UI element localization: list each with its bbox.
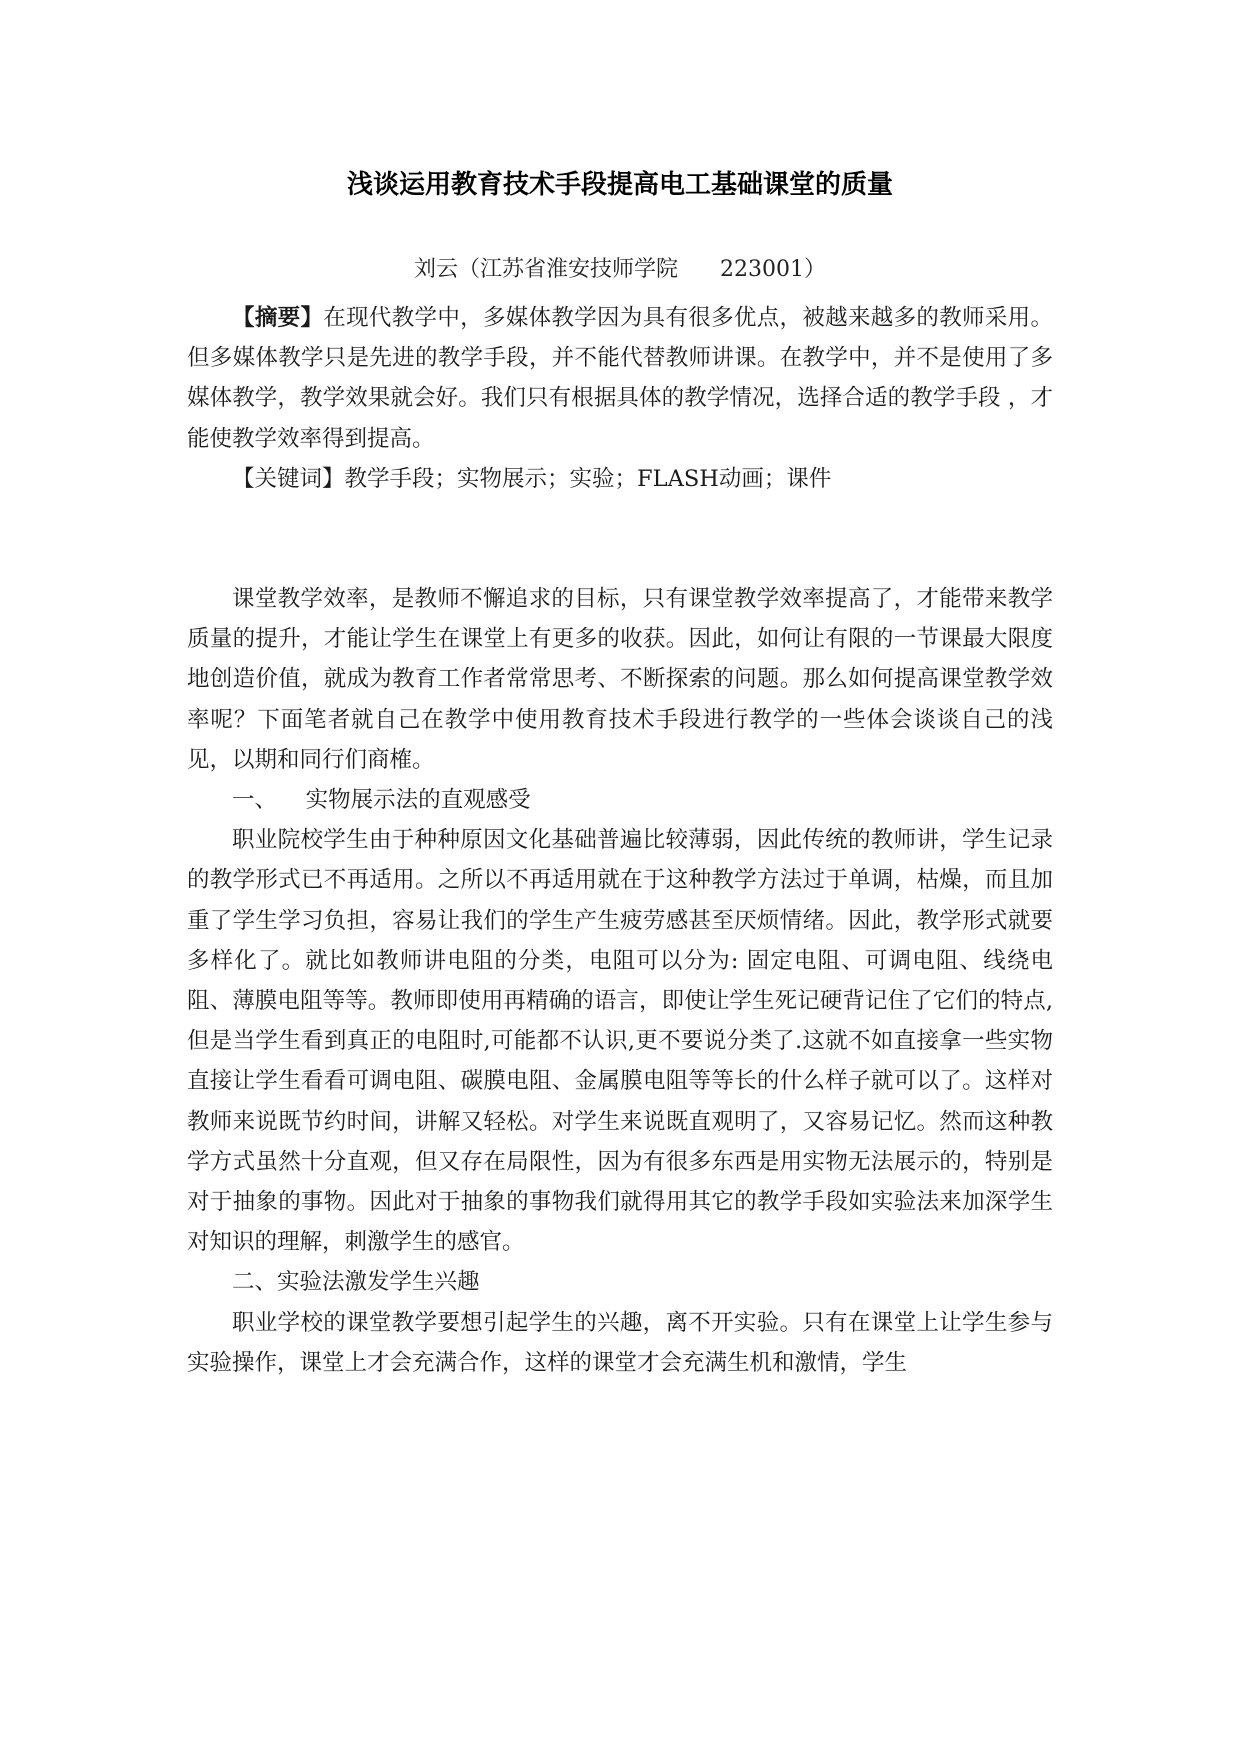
keywords-label: 【关键词】	[232, 466, 345, 492]
section-heading-2: 二、实验法激发学生兴趣	[187, 1262, 1053, 1302]
author-line: 刘云（江苏省淮安技师学院 223001）	[187, 250, 1053, 290]
intro-paragraph: 课堂教学效率，是教师不懈追求的目标，只有课堂教学效率提高了，才能带来教学质量的提…	[187, 579, 1053, 780]
section-heading-1: 一、 实物展示法的直观感受	[187, 780, 1053, 820]
keywords: 【关键词】教学手段；实物展示；实验；FLASH动画；课件	[187, 459, 1053, 499]
document-body: 【摘要】在现代教学中，多媒体教学因为具有很多优点，被越来越多的教师采用。但多媒体…	[187, 298, 1053, 1383]
spacer	[187, 499, 1053, 579]
section-1-paragraph: 职业院校学生由于种种原因文化基础普遍比较薄弱，因此传统的教师讲，学生记录的教学形…	[187, 820, 1053, 1262]
document-title: 浅谈运用教育技术手段提高电工基础课堂的质量	[187, 165, 1053, 205]
abstract-label: 【摘要】	[232, 305, 323, 331]
keywords-text: 教学手段；实物展示；实验；FLASH动画；课件	[345, 466, 832, 492]
abstract: 【摘要】在现代教学中，多媒体教学因为具有很多优点，被越来越多的教师采用。但多媒体…	[187, 298, 1053, 459]
section-2-paragraph: 职业学校的课堂教学要想引起学生的兴趣，离不开实验。只有在课堂上让学生参与实验操作…	[187, 1303, 1053, 1383]
